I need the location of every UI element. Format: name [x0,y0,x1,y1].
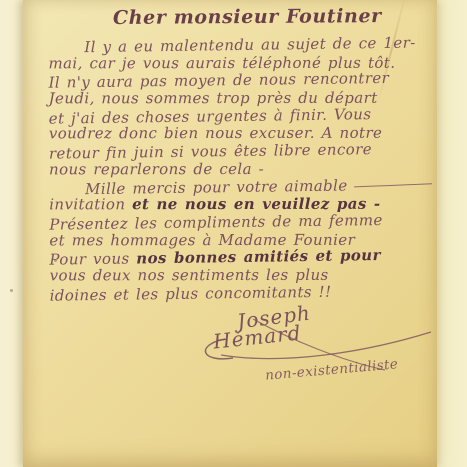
letter-photo: Cher monsieur Foutiner Il y a eu malente… [0,0,467,467]
letter-line: nous reparlerons de cela - [49,160,429,178]
letter-line-text: nous reparlerons de cela - [49,160,264,178]
letter-salutation: Cher monsieur Foutiner [113,5,382,29]
letter-line-text: idoines et les plus concomitants !! [50,282,332,304]
letter-paper: Cher monsieur Foutiner Il y a eu malente… [23,0,437,467]
letter-line-emphasis: nos bonnes amitiés et pour [136,246,381,267]
letter-line-text: Il y a eu malentendu au sujet de ce 1er- [84,34,416,57]
pen-stroke-rule [354,183,432,187]
paper-speck [10,289,13,292]
letter-line-text: invitation [49,195,132,213]
letter-line-text: vous deux nos sentiments les plus [50,266,329,284]
letter-body: Il y a eu malentendu au sujet de ce 1er-… [48,36,429,303]
letter-line: idoines et les plus concomitants !! [50,282,430,305]
letter-line-text: Jeudi, nous sommes trop près du départ [49,89,378,108]
